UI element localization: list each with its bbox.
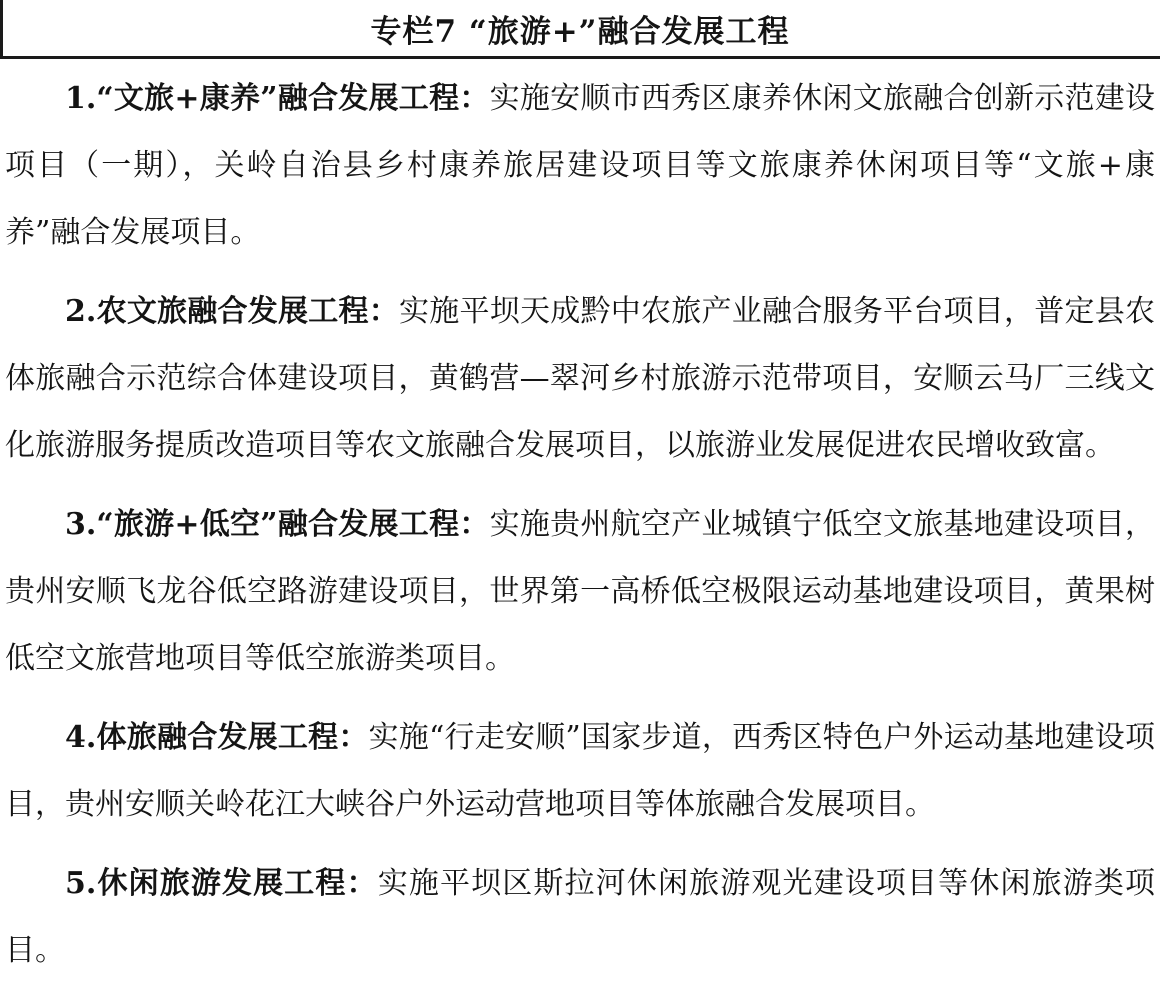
table-left-border-fragment	[0, 0, 3, 59]
box-title-row: 专栏7 “旅游+”融合发展工程	[0, 0, 1160, 56]
paragraph-2-label: 2.农文旅融合发展工程：	[65, 294, 399, 329]
paragraph-3: 3.“旅游+低空”融合发展工程：实施贵州航空产业城镇宁低空文旅基地建设项目，贵州…	[5, 491, 1155, 692]
paragraph-1-label: 1.“文旅+康养”融合发展工程：	[65, 81, 490, 116]
paragraph-2: 2.农文旅融合发展工程：实施平坝天成黔中农旅产业融合服务平台项目，普定县农体旅融…	[5, 278, 1155, 479]
document-page: 专栏7 “旅游+”融合发展工程 1.“文旅+康养”融合发展工程：实施安顺市西秀区…	[0, 0, 1160, 981]
paragraph-4-label: 4.体旅融合发展工程：	[65, 720, 369, 755]
paragraph-1: 1.“文旅+康养”融合发展工程：实施安顺市西秀区康养休闲文旅融合创新示范建设项目…	[5, 65, 1155, 266]
box-body: 1.“文旅+康养”融合发展工程：实施安顺市西秀区康养休闲文旅融合创新示范建设项目…	[0, 59, 1160, 981]
paragraph-5-label: 5.休闲旅游发展工程：	[65, 866, 378, 901]
paragraph-5: 5.休闲旅游发展工程：实施平坝区斯拉河休闲旅游观光建设项目等休闲旅游类项目。	[5, 850, 1155, 981]
paragraph-3-label: 3.“旅游+低空”融合发展工程：	[65, 507, 490, 542]
box-title: 专栏7 “旅游+”融合发展工程	[371, 6, 790, 51]
paragraph-4: 4.体旅融合发展工程：实施“行走安顺”国家步道，西秀区特色户外运动基地建设项目，…	[5, 704, 1155, 838]
